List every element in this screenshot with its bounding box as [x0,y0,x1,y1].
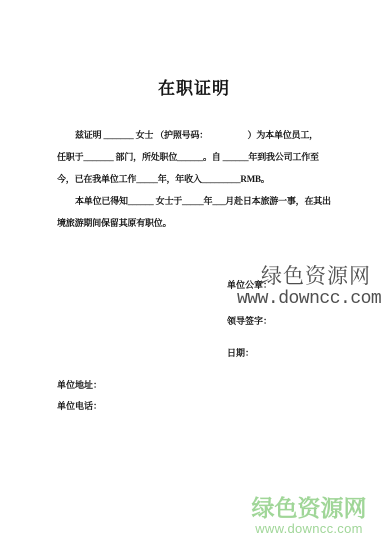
watermark-bottom-site-name: 绿色资源网 [248,496,370,521]
body-line-1: 兹证明 _______ 女士 （护照号码： ）为本单位员工， [57,124,337,146]
document-body: 兹证明 _______ 女士 （护照号码： ）为本单位员工， 任职于______… [57,124,337,234]
company-phone-label: 单位电话： [57,399,102,412]
certificate-document-page: 在职证明 兹证明 _______ 女士 （护照号码： ）为本单位员工， 任职于_… [0,0,388,550]
document-title: 在职证明 [0,74,388,99]
body-line-2: 任职于_______ 部门，所处职位______。自 ______年到我公司工作… [57,146,337,168]
watermark-center-site-name: 绿色资源网 [261,264,381,289]
date-label: 日期： [227,346,254,359]
body-line-4: 本单位已得知______ 女士于_____年___月赴日本旅游一事，在其出 [57,190,337,212]
watermark-center: 绿色资源网 www.downcc.com [237,264,381,309]
leader-signature-label: 领导签字： [227,314,272,327]
watermark-bottom: 绿色资源网 www.downcc.com [248,496,370,537]
watermark-center-site-url: www.downcc.com [237,289,381,309]
body-line-5: 境旅游期间保留其原有职位。 [57,212,337,234]
company-address-label: 单位地址： [57,378,102,391]
body-line-3: 今，已在我单位工作_____年，年收入_________RMB。 [57,168,337,190]
watermark-bottom-site-url: www.downcc.com [248,521,370,537]
